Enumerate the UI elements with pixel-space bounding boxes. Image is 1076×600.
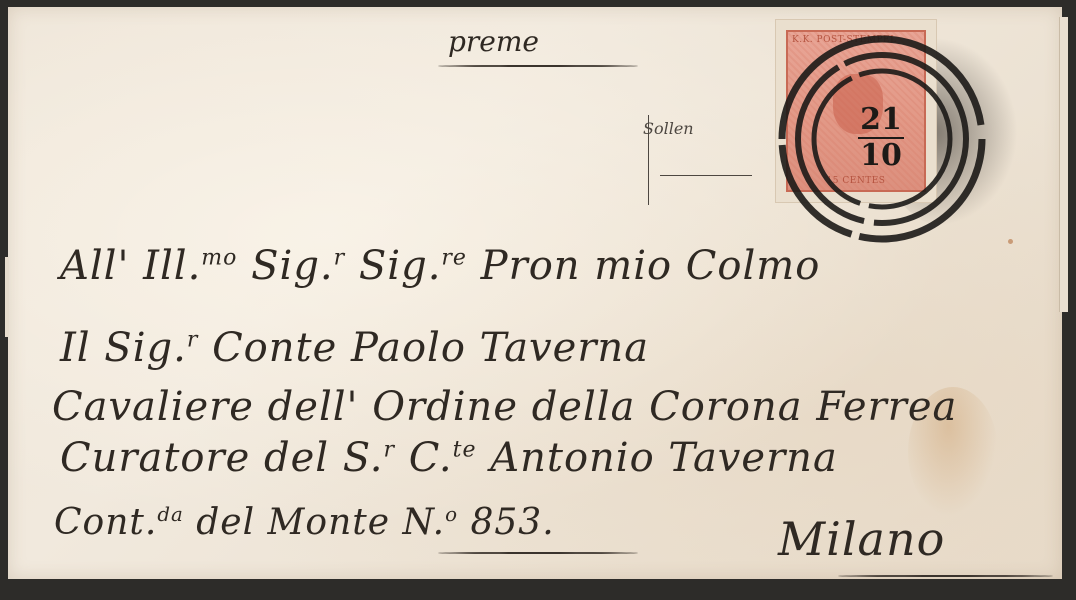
side-note: Sollen: [643, 119, 694, 138]
address-line-4-part: Curatore del S.: [60, 435, 383, 481]
superscript: da: [157, 503, 183, 526]
city-underline: [838, 575, 1053, 577]
foxing-spot: [1008, 239, 1013, 244]
number-underline: [438, 552, 638, 554]
address-line-2-part: Conte Paolo Taverna: [198, 325, 649, 371]
destination-city: Milano: [778, 512, 945, 566]
postmark-day: 21: [846, 103, 916, 137]
address-line-4-part: Antonio Taverna: [477, 435, 838, 481]
note-underline: [438, 65, 638, 67]
superscript: te: [453, 438, 477, 463]
folded-edge: [1059, 17, 1068, 312]
address-line-1: All' Ill.mo Sig.r Sig.re Pron mio Colmo: [60, 243, 820, 289]
note-preme: preme: [448, 25, 539, 58]
superscript: r: [383, 438, 395, 463]
address-line-5-part: 853.: [458, 502, 555, 543]
superscript: mo: [201, 246, 237, 271]
superscript: r: [334, 246, 346, 271]
address-line-3: Cavaliere dell' Ordine della Corona Ferr…: [52, 384, 957, 430]
address-line-5-part: Cont.: [54, 502, 157, 543]
letter-sheet: preme Sollen K.K. POST-STEMPEL 15 CENTES…: [8, 7, 1062, 579]
postmark-date: 21 10: [846, 103, 916, 173]
superscript: r: [187, 328, 199, 353]
address-line-5: Cont.da del Monte N.o 853.: [54, 502, 555, 543]
address-line-5-part: del Monte N.: [184, 502, 445, 543]
superscript: re: [441, 246, 467, 271]
address-line-1-part: All' Ill.: [60, 243, 201, 289]
side-note-line: [660, 175, 752, 176]
address-line-4: Curatore del S.r C.te Antonio Taverna: [60, 435, 838, 481]
postmark-month: 10: [858, 137, 904, 173]
address-line-4-part: C.: [395, 435, 453, 481]
scanned-letter: preme Sollen K.K. POST-STEMPEL 15 CENTES…: [0, 0, 1076, 600]
address-line-2: Il Sig.r Conte Paolo Taverna: [60, 325, 649, 371]
left-folded-edge: [5, 257, 9, 337]
postmark-cancellation: 21 10: [776, 33, 988, 245]
address-line-1-part: Sig.: [345, 243, 441, 289]
superscript: o: [445, 503, 458, 526]
address-line-1-part: Pron mio Colmo: [467, 243, 820, 289]
address-line-1-part: Sig.: [237, 243, 333, 289]
address-line-2-part: Il Sig.: [60, 325, 187, 371]
